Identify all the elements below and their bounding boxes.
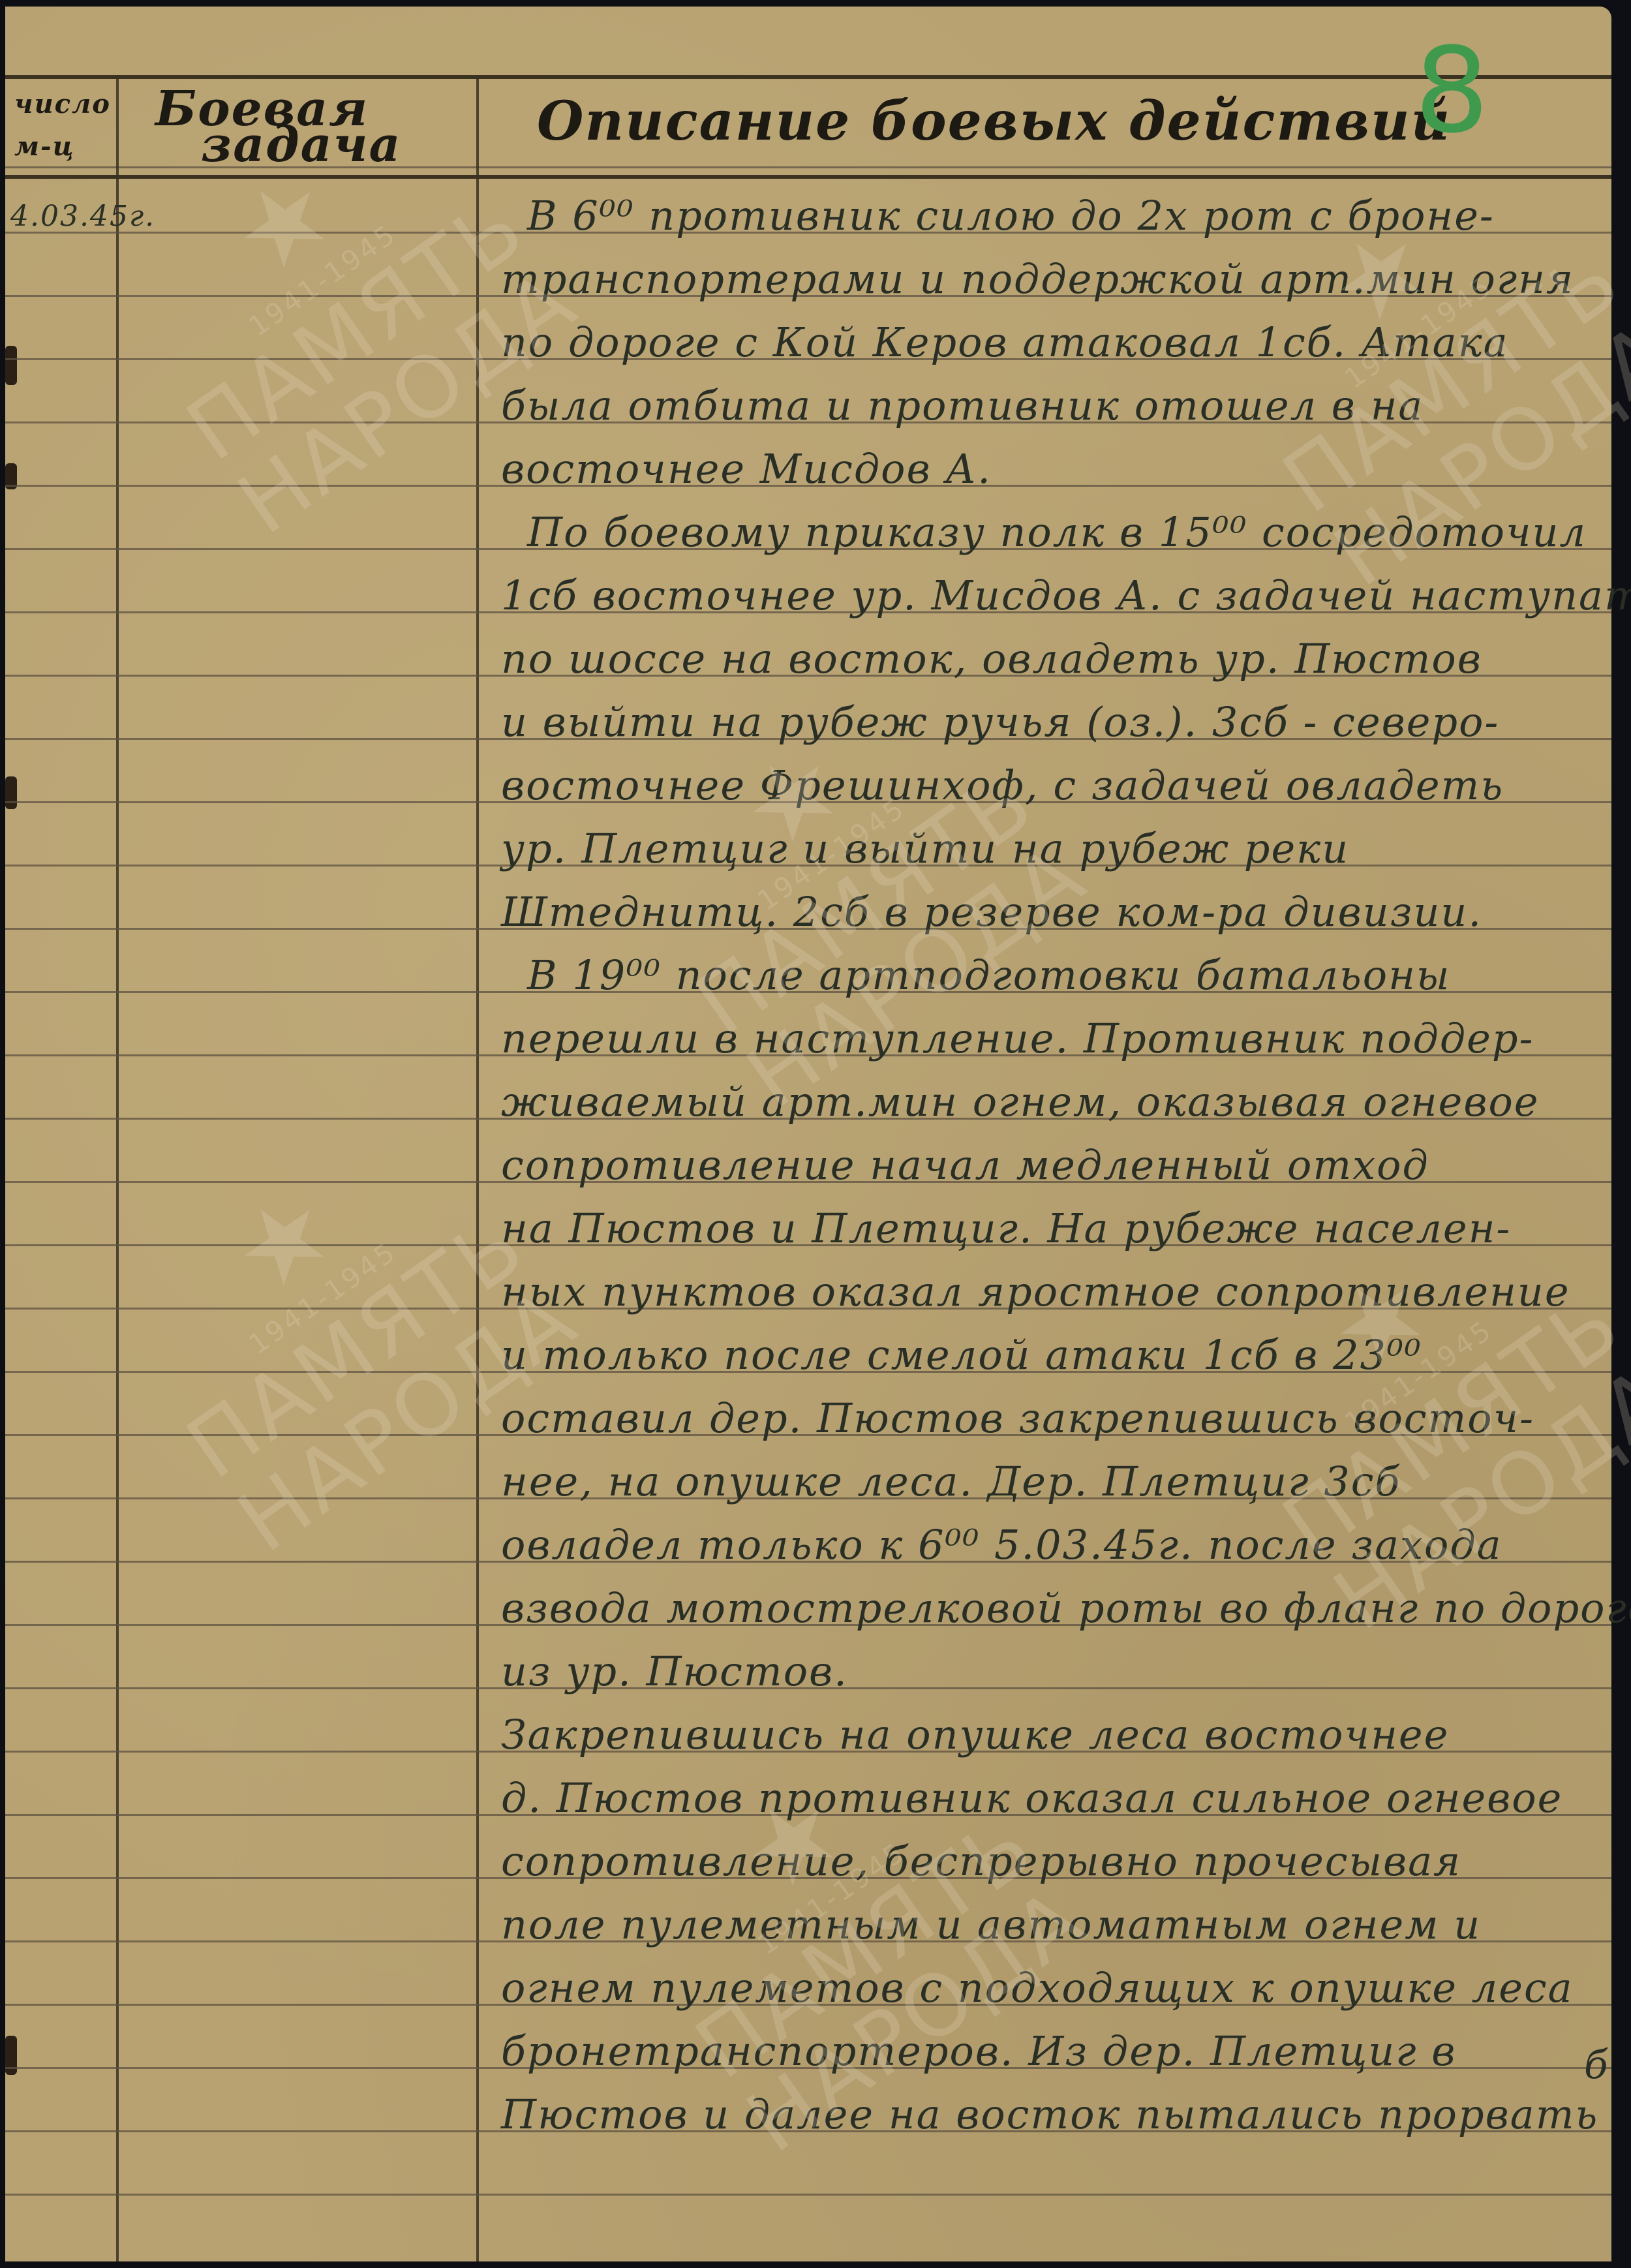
- handwritten-line: Пюстов и далее на восток пытались прорва…: [501, 2094, 1598, 2135]
- handwritten-line: ных пунктов оказал яростное сопротивлени…: [501, 1272, 1570, 1312]
- handwritten-line: перешли в наступление. Противник поддер-: [501, 1019, 1534, 1059]
- document-page: число м-ц Боевая задача Описание боевых …: [5, 7, 1611, 2261]
- handwritten-line: и только после смелой атаки 1сб в 23⁰⁰: [501, 1335, 1422, 1375]
- handwritten-line: живаемый арт.мин огнем, оказывая огневое: [501, 1082, 1539, 1122]
- column-divider-task: [476, 75, 479, 2261]
- task-column-subheader: задача: [201, 121, 401, 169]
- handwritten-line: нее, на опушке леса. Дер. Плетциг 3сб: [501, 1462, 1401, 1502]
- description-column-header: Описание боевых действий: [537, 95, 1451, 148]
- handwritten-line: бронетранспортеров. Из дер. Плетциг в: [501, 2031, 1456, 2072]
- handwritten-line: сопротивление начал медленный отход: [501, 1145, 1429, 1186]
- handwritten-line: овладел только к 6⁰⁰ 5.03.45г. после зах…: [501, 1525, 1502, 1565]
- date-column-header: число: [14, 91, 111, 117]
- binding-mark: [5, 776, 17, 809]
- handwritten-line: ур. Плетциг и выйти на рубеж реки: [501, 829, 1349, 869]
- continuation-mark: б: [1584, 2042, 1608, 2088]
- handwritten-line: по шоссе на восток, овладеть ур. Пюстов: [501, 639, 1482, 679]
- handwritten-line: Закрепившись на опушке леса восточнее: [501, 1715, 1449, 1755]
- handwritten-line: В 19⁰⁰ после артподготовки батальоны: [527, 955, 1450, 996]
- ruled-line: [5, 2194, 1611, 2196]
- handwritten-line: транспортерами и поддержкой арт.мин огня: [501, 259, 1574, 299]
- handwritten-line: Штеднитц. 2сб в резерве ком-ра дивизии.: [501, 892, 1482, 932]
- entry-date: 4.03.45г.: [10, 202, 155, 231]
- binding-mark: [5, 2036, 17, 2075]
- handwritten-line: из ур. Пюстов.: [501, 1651, 848, 1692]
- handwritten-line: и выйти на рубеж ручья (оз.). 3сб - севе…: [501, 702, 1499, 743]
- handwritten-line: на Пюстов и Плетциг. На рубеже населен-: [501, 1208, 1511, 1249]
- handwritten-line: поле пулеметным и автоматным огнем и: [501, 1905, 1481, 1945]
- handwritten-line: была отбита и противник отошел в на: [501, 386, 1424, 426]
- handwritten-line: по дороге с Кой Керов атаковал 1сб. Атак…: [501, 322, 1509, 363]
- page-number: 8: [1414, 33, 1489, 150]
- handwritten-line: По боевому приказу полк в 15⁰⁰ сосредото…: [527, 512, 1587, 553]
- handwritten-line: взвода мотострелковой роты во фланг по д…: [501, 1588, 1631, 1629]
- handwritten-line: восточнее Фрешинхоф, с задачей овладеть: [501, 765, 1504, 806]
- handwritten-line: 1сб восточнее ур. Мисдов А. с задачей на…: [501, 575, 1631, 616]
- handwritten-line: сопротивление, беспрерывно прочесывая: [501, 1841, 1461, 1882]
- handwritten-line: В 6⁰⁰ противник силою до 2х рот с броне-: [527, 196, 1495, 236]
- handwritten-line: огнем пулеметов с подходящих к опушке ле…: [501, 1968, 1574, 2008]
- star-icon: ★: [93, 1086, 474, 1398]
- binding-mark: [5, 346, 17, 385]
- header-top-rule: [5, 75, 1611, 79]
- handwritten-line: д. Пюстов противник оказал сильное огнев…: [501, 1778, 1562, 1818]
- handwritten-line: восточнее Мисдов А.: [501, 449, 992, 489]
- handwritten-line: оставил дер. Пюстов закрепившись восточ-: [501, 1398, 1534, 1439]
- date-column-subheader: м-ц: [14, 134, 75, 160]
- column-divider-date: [116, 75, 119, 2261]
- header-bottom-rule: [5, 175, 1611, 179]
